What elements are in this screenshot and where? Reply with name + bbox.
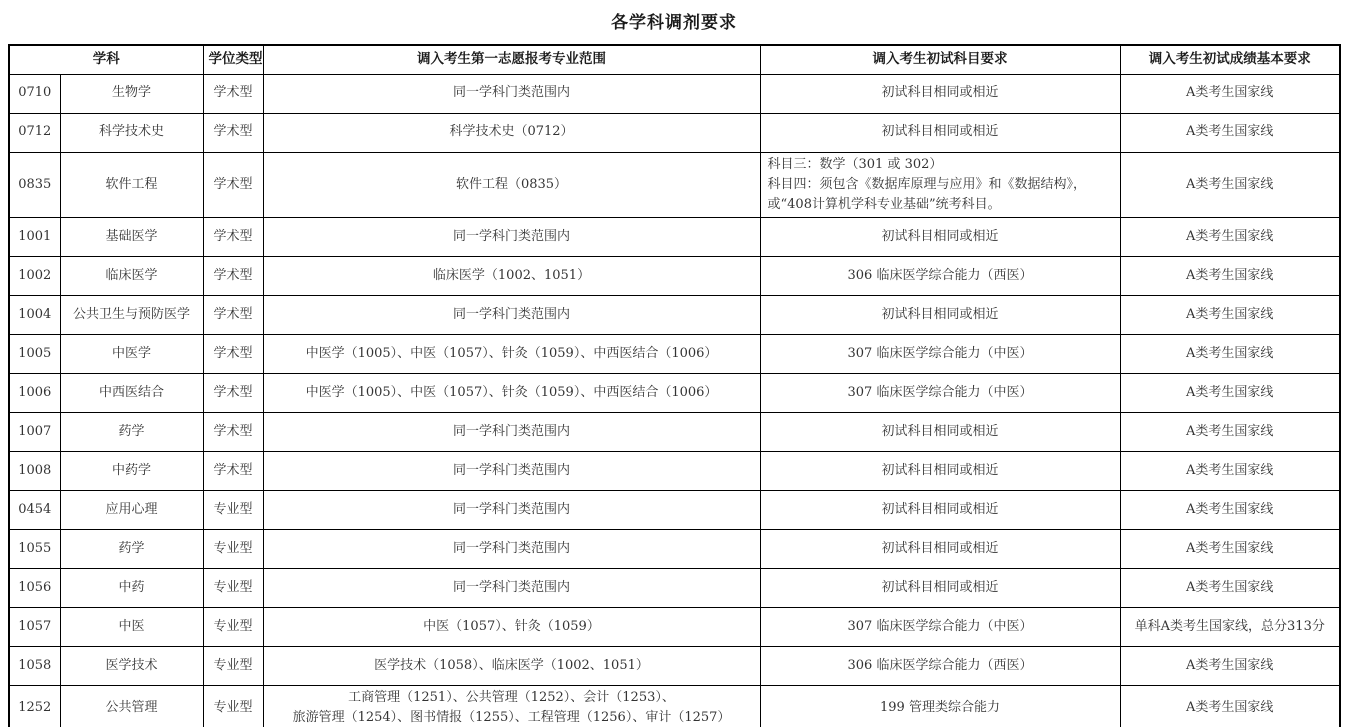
- degree-type-cell: 学术型: [203, 334, 263, 373]
- table-row: 0835软件工程学术型软件工程（0835）科目三：数学（301 或 302） 科…: [9, 152, 1340, 217]
- table-body: 0710生物学学术型同一学科门类范围内初试科目相同或相近A类考生国家线0712科…: [9, 74, 1340, 727]
- exam-subjects-cell: 初试科目相同或相近: [760, 529, 1120, 568]
- table-row: 1058医学技术专业型医学技术（1058）、临床医学（1002、1051）306…: [9, 646, 1340, 685]
- degree-type-cell: 专业型: [203, 646, 263, 685]
- subject-code-cell: 1252: [9, 685, 60, 727]
- header-row: 学科 学位类型 调入考生第一志愿报考专业范围 调入考生初试科目要求 调入考生初试…: [9, 45, 1340, 74]
- degree-type-cell: 学术型: [203, 451, 263, 490]
- degree-type-cell: 学术型: [203, 256, 263, 295]
- score-requirement-cell: A类考生国家线: [1120, 412, 1340, 451]
- score-requirement-cell: A类考生国家线: [1120, 685, 1340, 727]
- subject-name-cell: 药学: [60, 412, 203, 451]
- header-subject: 学科: [9, 45, 203, 74]
- major-range-cell: 同一学科门类范围内: [263, 490, 760, 529]
- page-title: 各学科调剂要求: [0, 8, 1348, 33]
- major-range-cell: 工商管理（1251）、公共管理（1252）、会计（1253）、 旅游管理（125…: [263, 685, 760, 727]
- subject-name-cell: 中医学: [60, 334, 203, 373]
- subject-name-cell: 科学技术史: [60, 113, 203, 152]
- exam-subjects-cell: 306 临床医学综合能力（西医）: [760, 646, 1120, 685]
- degree-type-cell: 学术型: [203, 373, 263, 412]
- subject-code-cell: 1056: [9, 568, 60, 607]
- subject-name-cell: 医学技术: [60, 646, 203, 685]
- subject-name-cell: 临床医学: [60, 256, 203, 295]
- subject-name-cell: 中医: [60, 607, 203, 646]
- exam-subjects-cell: 初试科目相同或相近: [760, 451, 1120, 490]
- exam-subjects-cell: 科目三：数学（301 或 302） 科目四：须包含《数据库原理与应用》和《数据结…: [760, 152, 1120, 217]
- subject-code-cell: 0835: [9, 152, 60, 217]
- table-row: 1252公共管理专业型工商管理（1251）、公共管理（1252）、会计（1253…: [9, 685, 1340, 727]
- exam-subjects-cell: 307 临床医学综合能力（中医）: [760, 373, 1120, 412]
- table-row: 1005中医学学术型中医学（1005）、中医（1057）、针灸（1059）、中西…: [9, 334, 1340, 373]
- major-range-cell: 同一学科门类范围内: [263, 412, 760, 451]
- exam-subjects-cell: 初试科目相同或相近: [760, 490, 1120, 529]
- subject-code-cell: 1004: [9, 295, 60, 334]
- major-range-cell: 同一学科门类范围内: [263, 217, 760, 256]
- degree-type-cell: 专业型: [203, 685, 263, 727]
- subject-name-cell: 基础医学: [60, 217, 203, 256]
- major-range-cell: 同一学科门类范围内: [263, 295, 760, 334]
- major-range-cell: 医学技术（1058）、临床医学（1002、1051）: [263, 646, 760, 685]
- major-range-cell: 同一学科门类范围内: [263, 568, 760, 607]
- table-row: 1002临床医学学术型临床医学（1002、1051）306 临床医学综合能力（西…: [9, 256, 1340, 295]
- subject-name-cell: 药学: [60, 529, 203, 568]
- table-row: 1004公共卫生与预防医学学术型同一学科门类范围内初试科目相同或相近A类考生国家…: [9, 295, 1340, 334]
- degree-type-cell: 专业型: [203, 529, 263, 568]
- subject-code-cell: 1006: [9, 373, 60, 412]
- degree-type-cell: 专业型: [203, 607, 263, 646]
- exam-subjects-cell: 初试科目相同或相近: [760, 412, 1120, 451]
- subject-code-cell: 0712: [9, 113, 60, 152]
- subject-name-cell: 中药: [60, 568, 203, 607]
- major-range-cell: 临床医学（1002、1051）: [263, 256, 760, 295]
- subject-name-cell: 中西医结合: [60, 373, 203, 412]
- exam-subjects-cell: 初试科目相同或相近: [760, 74, 1120, 113]
- exam-subjects-cell: 初试科目相同或相近: [760, 217, 1120, 256]
- major-range-cell: 同一学科门类范围内: [263, 451, 760, 490]
- header-exam-subjects: 调入考生初试科目要求: [760, 45, 1120, 74]
- subject-name-cell: 生物学: [60, 74, 203, 113]
- subject-code-cell: 1002: [9, 256, 60, 295]
- table-row: 0712科学技术史学术型科学技术史（0712）初试科目相同或相近A类考生国家线: [9, 113, 1340, 152]
- subject-code-cell: 1007: [9, 412, 60, 451]
- degree-type-cell: 学术型: [203, 412, 263, 451]
- degree-type-cell: 学术型: [203, 295, 263, 334]
- subject-code-cell: 1057: [9, 607, 60, 646]
- header-score-requirement: 调入考生初试成绩基本要求: [1120, 45, 1340, 74]
- score-requirement-cell: A类考生国家线: [1120, 490, 1340, 529]
- score-requirement-cell: A类考生国家线: [1120, 217, 1340, 256]
- header-major-range: 调入考生第一志愿报考专业范围: [263, 45, 760, 74]
- degree-type-cell: 学术型: [203, 152, 263, 217]
- degree-type-cell: 学术型: [203, 217, 263, 256]
- major-range-cell: 中医学（1005）、中医（1057）、针灸（1059）、中西医结合（1006）: [263, 373, 760, 412]
- header-degree-type: 学位类型: [203, 45, 263, 74]
- subject-code-cell: 0454: [9, 490, 60, 529]
- subject-code-cell: 1005: [9, 334, 60, 373]
- subject-code-cell: 1001: [9, 217, 60, 256]
- score-requirement-cell: A类考生国家线: [1120, 256, 1340, 295]
- subject-code-cell: 1055: [9, 529, 60, 568]
- exam-subjects-cell: 307 临床医学综合能力（中医）: [760, 607, 1120, 646]
- table-row: 1007药学学术型同一学科门类范围内初试科目相同或相近A类考生国家线: [9, 412, 1340, 451]
- subject-name-cell: 应用心理: [60, 490, 203, 529]
- subject-name-cell: 软件工程: [60, 152, 203, 217]
- score-requirement-cell: A类考生国家线: [1120, 568, 1340, 607]
- subject-name-cell: 公共管理: [60, 685, 203, 727]
- degree-type-cell: 学术型: [203, 113, 263, 152]
- table-row: 1056中药专业型同一学科门类范围内初试科目相同或相近A类考生国家线: [9, 568, 1340, 607]
- exam-subjects-cell: 306 临床医学综合能力（西医）: [760, 256, 1120, 295]
- major-range-cell: 软件工程（0835）: [263, 152, 760, 217]
- major-range-cell: 同一学科门类范围内: [263, 74, 760, 113]
- score-requirement-cell: A类考生国家线: [1120, 646, 1340, 685]
- subject-name-cell: 公共卫生与预防医学: [60, 295, 203, 334]
- adjustment-requirements-table: 学科 学位类型 调入考生第一志愿报考专业范围 调入考生初试科目要求 调入考生初试…: [8, 44, 1341, 727]
- exam-subjects-cell: 307 临床医学综合能力（中医）: [760, 334, 1120, 373]
- score-requirement-cell: 单科A类考生国家线，总分313分: [1120, 607, 1340, 646]
- exam-subjects-cell: 初试科目相同或相近: [760, 568, 1120, 607]
- table-row: 1057中医专业型中医（1057）、针灸（1059）307 临床医学综合能力（中…: [9, 607, 1340, 646]
- degree-type-cell: 学术型: [203, 74, 263, 113]
- major-range-cell: 科学技术史（0712）: [263, 113, 760, 152]
- table-row: 1001基础医学学术型同一学科门类范围内初试科目相同或相近A类考生国家线: [9, 217, 1340, 256]
- degree-type-cell: 专业型: [203, 490, 263, 529]
- degree-type-cell: 专业型: [203, 568, 263, 607]
- major-range-cell: 同一学科门类范围内: [263, 529, 760, 568]
- score-requirement-cell: A类考生国家线: [1120, 74, 1340, 113]
- score-requirement-cell: A类考生国家线: [1120, 529, 1340, 568]
- score-requirement-cell: A类考生国家线: [1120, 373, 1340, 412]
- exam-subjects-cell: 初试科目相同或相近: [760, 113, 1120, 152]
- table-row: 1008中药学学术型同一学科门类范围内初试科目相同或相近A类考生国家线: [9, 451, 1340, 490]
- score-requirement-cell: A类考生国家线: [1120, 451, 1340, 490]
- table-row: 1006中西医结合学术型中医学（1005）、中医（1057）、针灸（1059）、…: [9, 373, 1340, 412]
- major-range-cell: 中医学（1005）、中医（1057）、针灸（1059）、中西医结合（1006）: [263, 334, 760, 373]
- exam-subjects-cell: 初试科目相同或相近: [760, 295, 1120, 334]
- major-range-cell: 中医（1057）、针灸（1059）: [263, 607, 760, 646]
- table-row: 0454应用心理专业型同一学科门类范围内初试科目相同或相近A类考生国家线: [9, 490, 1340, 529]
- score-requirement-cell: A类考生国家线: [1120, 152, 1340, 217]
- subject-code-cell: 0710: [9, 74, 60, 113]
- subject-code-cell: 1058: [9, 646, 60, 685]
- score-requirement-cell: A类考生国家线: [1120, 334, 1340, 373]
- subject-name-cell: 中药学: [60, 451, 203, 490]
- table-row: 0710生物学学术型同一学科门类范围内初试科目相同或相近A类考生国家线: [9, 74, 1340, 113]
- score-requirement-cell: A类考生国家线: [1120, 295, 1340, 334]
- subject-code-cell: 1008: [9, 451, 60, 490]
- exam-subjects-cell: 199 管理类综合能力: [760, 685, 1120, 727]
- score-requirement-cell: A类考生国家线: [1120, 113, 1340, 152]
- table-row: 1055药学专业型同一学科门类范围内初试科目相同或相近A类考生国家线: [9, 529, 1340, 568]
